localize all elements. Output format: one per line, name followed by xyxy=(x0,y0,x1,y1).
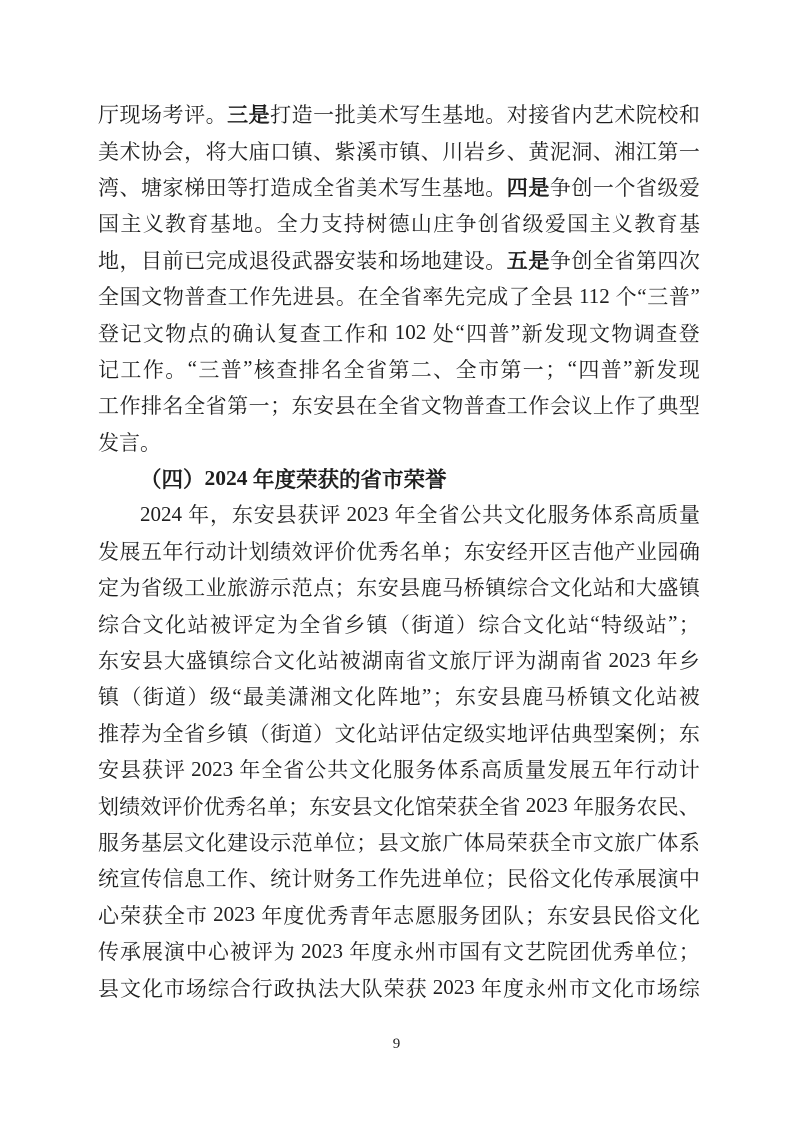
document-page: 厅现场考评。三是打造一批美术写生基地。对接省内艺术院校和美术协会，将大庙口镇、紫… xyxy=(0,0,793,1122)
text-line: 统宣传信息工作、统计财务工作先进单位；民俗文化传承展演中 xyxy=(98,860,700,896)
text-line: 记工作。“三普”核查排名全省第二、全市第一；“四普”新发现 xyxy=(98,351,700,387)
text-line: 地，目前已完成退役武器安装和场地建设。五是争创全省第四次 xyxy=(98,242,700,278)
text-line: 湾、塘家梯田等打造成全省美术写生基地。四是争创一个省级爱 xyxy=(98,169,700,205)
page-number: 9 xyxy=(0,1036,793,1053)
text-line: 安县获评 2023 年全省公共文化服务体系高质量发展五年行动计 xyxy=(98,751,700,787)
text-line: 美术协会，将大庙口镇、紫溪市镇、川岩乡、黄泥洞、湘江第一 xyxy=(98,132,700,168)
text-line: 传承展演中心被评为 2023 年度永州市国有文艺院团优秀单位； xyxy=(98,933,700,969)
text-line: 东安县大盛镇综合文化站被湖南省文旅厅评为湖南省 2023 年乡 xyxy=(98,642,700,678)
text-line: 发展五年行动计划绩效评价优秀名单；东安经开区吉他产业园确 xyxy=(98,533,700,569)
text-line: 心荣获全市 2023 年度优秀青年志愿服务团队；东安县民俗文化 xyxy=(98,897,700,933)
text-line: 登记文物点的确认复查工作和 102 处“四普”新发现文物调查登 xyxy=(98,314,700,350)
text-line: 工作排名全省第一；东安县在全省文物普查工作会议上作了典型 xyxy=(98,387,700,423)
text-line: 推荐为全省乡镇（街道）文化站评估定级实地评估典型案例；东 xyxy=(98,715,700,751)
text-line: 定为省级工业旅游示范点；东安县鹿马桥镇综合文化站和大盛镇 xyxy=(98,569,700,605)
text-line: 国主义教育基地。全力支持树德山庄争创省级爱国主义教育基 xyxy=(98,205,700,241)
text-line: 综合文化站被评定为全省乡镇（街道）综合文化站“特级站”； xyxy=(98,605,700,641)
text-line: 2024 年，东安县获评 2023 年全省公共文化服务体系高质量 xyxy=(98,496,700,532)
text-line: 全国文物普查工作先进县。在全省率先完成了全县 112 个“三普” xyxy=(98,278,700,314)
text-line: 县文化市场综合行政执法大队荣获 2023 年度永州市文化市场综 xyxy=(98,969,700,1005)
text-line: 划绩效评价优秀名单；东安县文化馆荣获全省 2023 年服务农民、 xyxy=(98,787,700,823)
text-line: 服务基层文化建设示范单位；县文旅广体局荣获全市文旅广体系 xyxy=(98,824,700,860)
text-line: 镇（街道）级“最美潇湘文化阵地”；东安县鹿马桥镇文化站被 xyxy=(98,678,700,714)
document-body: 厅现场考评。三是打造一批美术写生基地。对接省内艺术院校和美术协会，将大庙口镇、紫… xyxy=(98,96,700,1006)
text-line: 厅现场考评。三是打造一批美术写生基地。对接省内艺术院校和 xyxy=(98,96,700,132)
text-line: 发言。 xyxy=(98,424,700,460)
section-heading: （四）2024 年度荣获的省市荣誉 xyxy=(98,460,700,496)
